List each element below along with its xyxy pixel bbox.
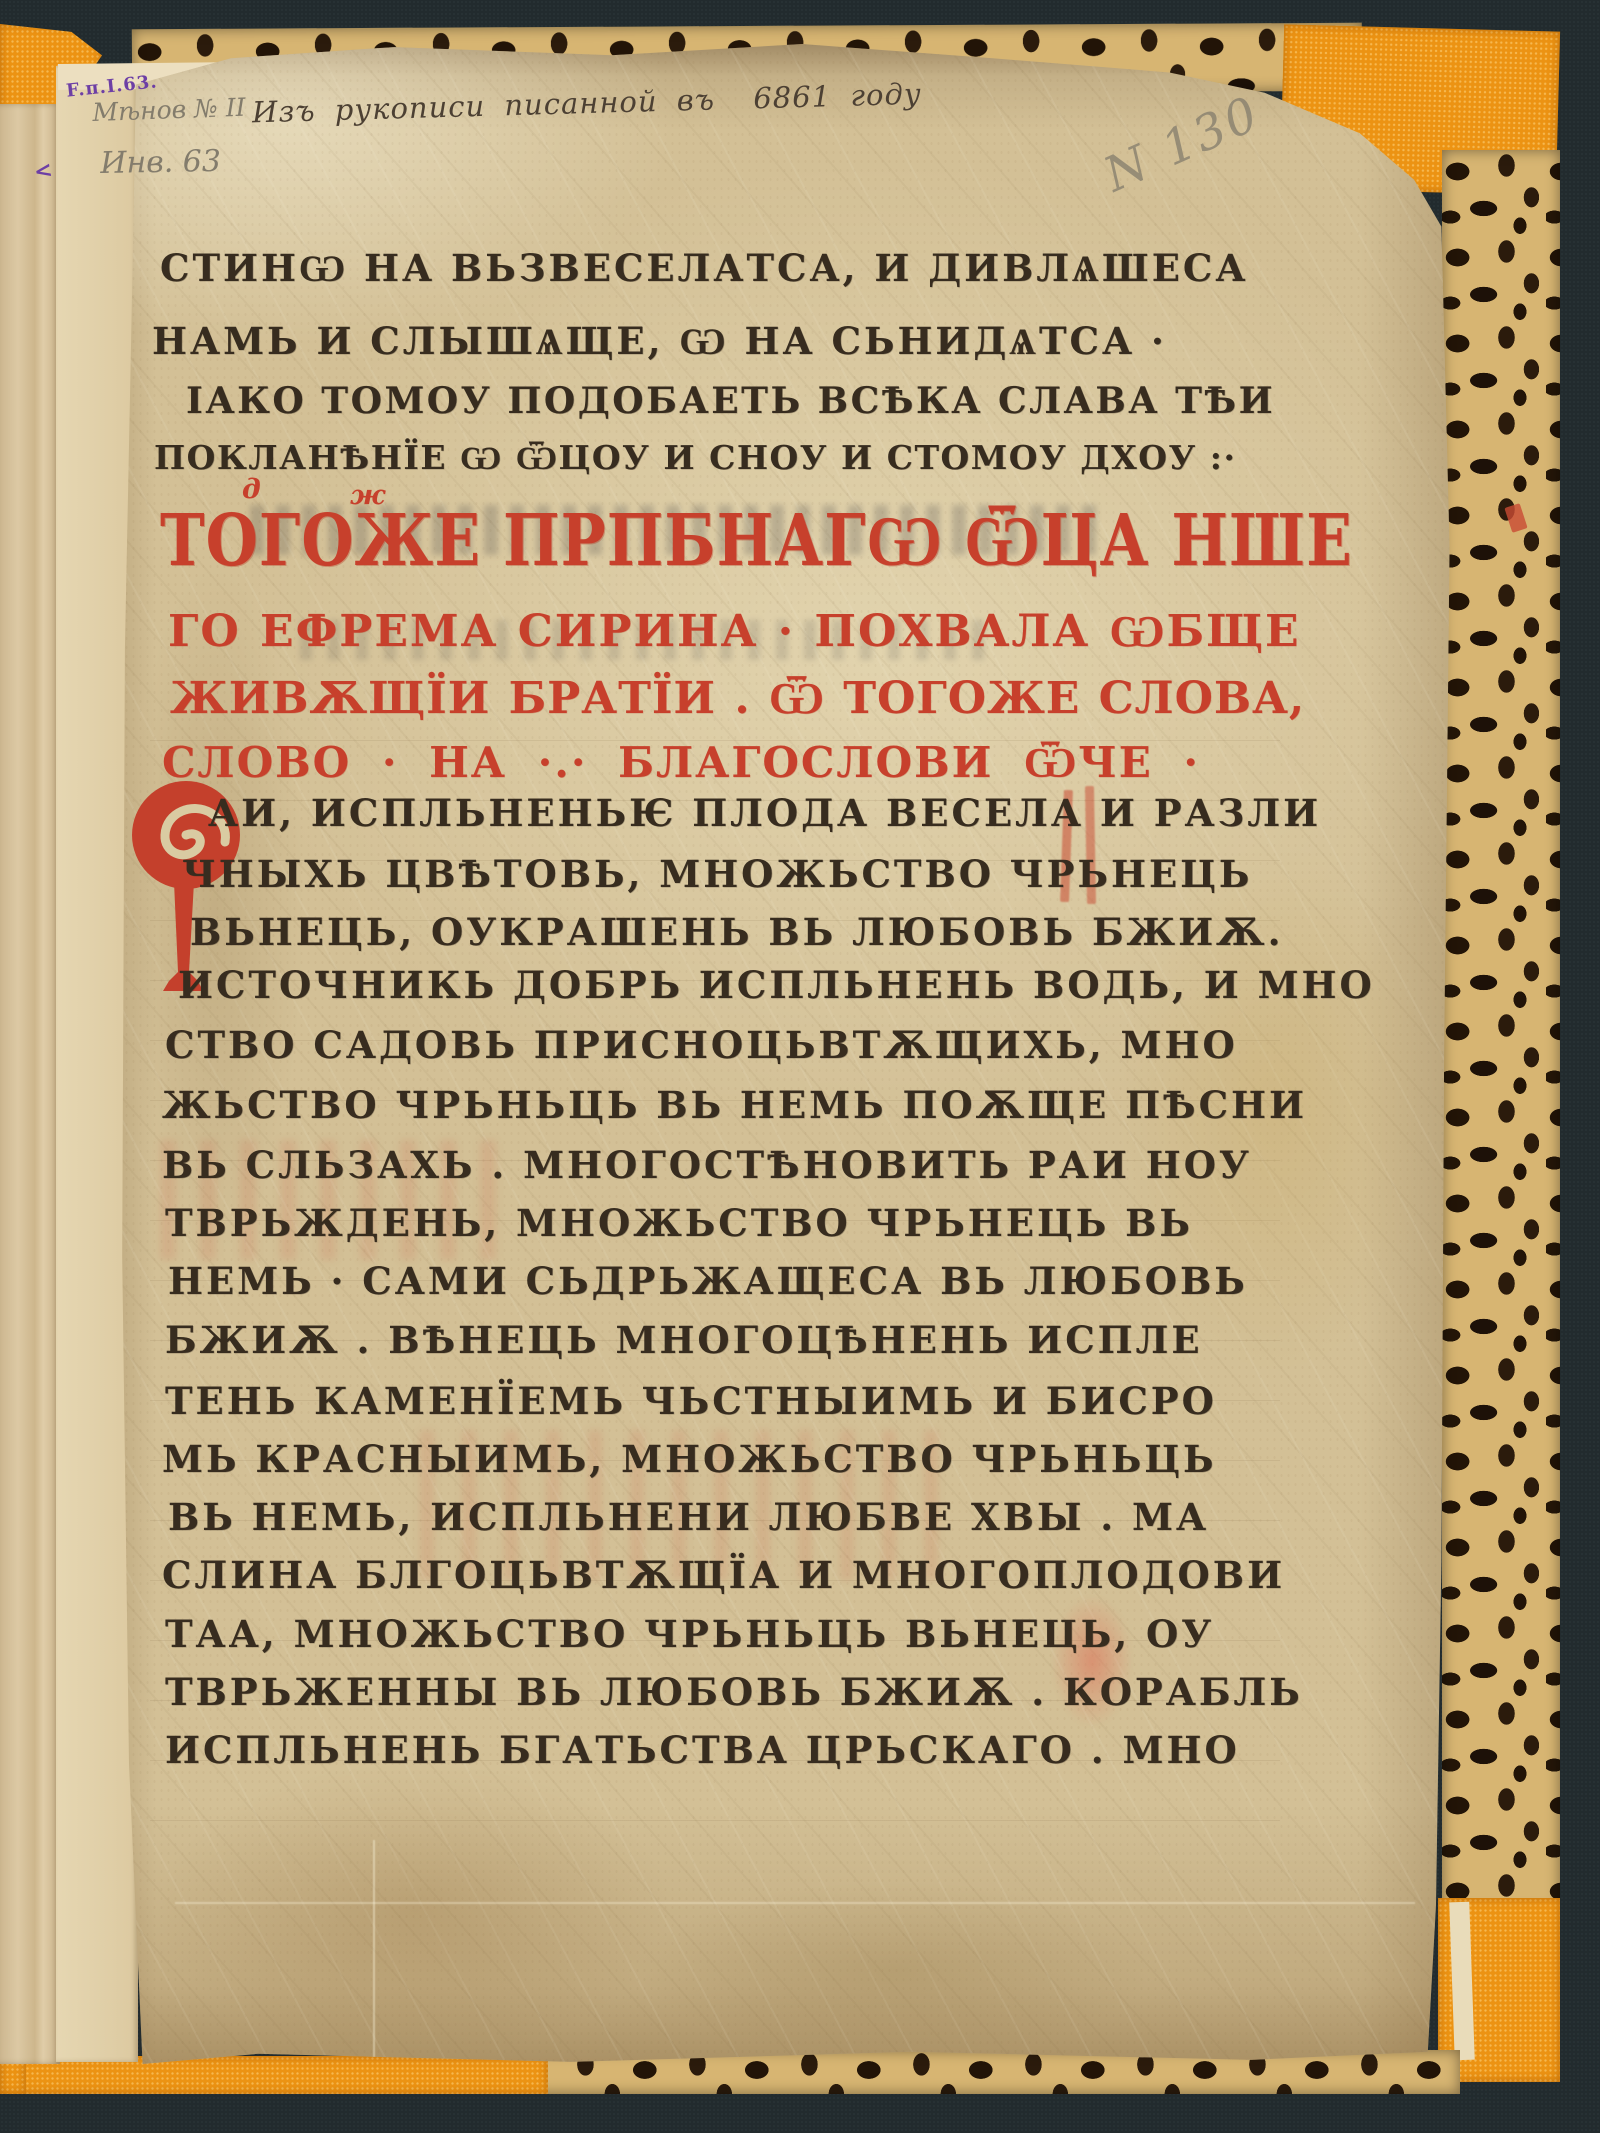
opening-line: ІАКО ТОМОУ ПОДОБАЕТЬ ВСѢКА СЛАВА ТѢИ (186, 383, 1275, 419)
rubric-line: ЖИВѪЩЇИ БРАТЇИ . Ѿ ТОГОЖЕ СЛОВА, (170, 677, 1305, 721)
rubric-superscript: д (242, 474, 261, 505)
body-line: ИСТОЧНИКЬ ДОБРЬ ИСПЛЬНЕНЬ ВОДЬ, И МНО (178, 967, 1375, 1004)
rubric-superscript: ж (350, 480, 385, 511)
rubric-line: СЛОВО · НА ·.· БЛАГОСЛОВИ ѾЧЕ · (162, 742, 1200, 784)
rubric-line: ГО ЕФРЕМА СИРИНА · ПОХВАЛА ѠБЩЕ (168, 610, 1301, 654)
body-line: МЬ КРАСНЫИМЬ, МНОЖЬСТВО ЧРЬНЬЦЬ (162, 1441, 1217, 1478)
book-spine-edge (0, 104, 60, 2064)
body-line: ТВРЬЖДЕНЬ, МНОЖЬСТВО ЧРЬНЕЦЬ ВЬ (165, 1205, 1193, 1242)
body-line: ТЕНЬ КАМЕНЇЕМЬ ЧЬСТНЫИМЬ И БИСРО (165, 1383, 1217, 1420)
body-line: ВЬНЕЦЬ, ОУКРАШЕНЬ ВЬ ЛЮБОВЬ БЖИѪ. (190, 914, 1283, 951)
opening-line: ПОКЛАНѢНЇЕ Ѡ ѾЦОУ И СНОУ И СТОМОУ ДХОУ :… (154, 441, 1236, 474)
body-line: АИ, ИСПЛЬНЕНЬѤ ПЛОДА ВЕСЕЛА И РАЗЛИ (208, 795, 1321, 832)
body-line: ТАА, МНОЖЬСТВО ЧРЬНЬЦЬ ВЬНЕЦЬ, ОУ (165, 1616, 1214, 1653)
opening-line: СТИНѠ НА ВЬЗВЕСЕЛАТСА, И ДИВЛѦШЕСА (160, 250, 1248, 287)
opening-line: НАМЬ И СЛЫШѦЩЕ, Ѡ НА СЬНИДѦТСА · (152, 323, 1167, 360)
pencil-old-number: Мѣнов № II (92, 93, 246, 127)
body-line: ЧНЫХЬ ЦВѢТОВЬ, МНОЖЬСТВО ЧРЬНЕЦЬ (182, 856, 1252, 893)
marbled-leather-right-edge (1442, 150, 1560, 1912)
body-line: НЕМЬ · САМИ СЬДРЬЖАЩЕСА ВЬ ЛЮБОВЬ (168, 1263, 1248, 1300)
body-line: ЖЬСТВО ЧРЬНЬЦЬ ВЬ НЕМЬ ПОѪЩЕ ПѢСНИ (162, 1087, 1307, 1124)
body-line: БЖИѪ . ВѢНЕЦЬ МНОГОЦѢНЕНЬ ИСПЛЕ (165, 1322, 1203, 1359)
rubric-title: ТОГОЖЕ ПРПБНАГѠ ѾЦА НШЕ (160, 500, 1353, 583)
manuscript-photo: F.п.I.63. < Мѣнов № II Изъ рукописи писа… (0, 0, 1600, 2133)
body-line: ВЬ НЕМЬ, ИСПЛЬНЕНИ ЛЮБВЕ ХВЫ . МА (168, 1499, 1209, 1536)
body-line: ИСПЛЬНЕНЬ БГАТЬСТВА ЦРЬСКАГО . МНО (165, 1732, 1240, 1769)
body-line: СТВО САДОВЬ ПРИСНОЦЬВТѪЩИХЬ, МНО (165, 1027, 1238, 1064)
body-line: ВЬ СЛЬЗАХЬ . МНОГОСТѢНОВИТЬ РАИ НОУ (162, 1147, 1252, 1184)
pencil-inventory-number: Инв. 63 (100, 144, 221, 181)
body-line: ТВРЬЖЕННЫ ВЬ ЛЮБОВЬ БЖИѪ . КОРАБЛЬ (165, 1674, 1303, 1711)
body-line: СЛИНА БЛГОЦЬВТѪЩЇА И МНОГОПЛОДОВИ (162, 1557, 1285, 1594)
